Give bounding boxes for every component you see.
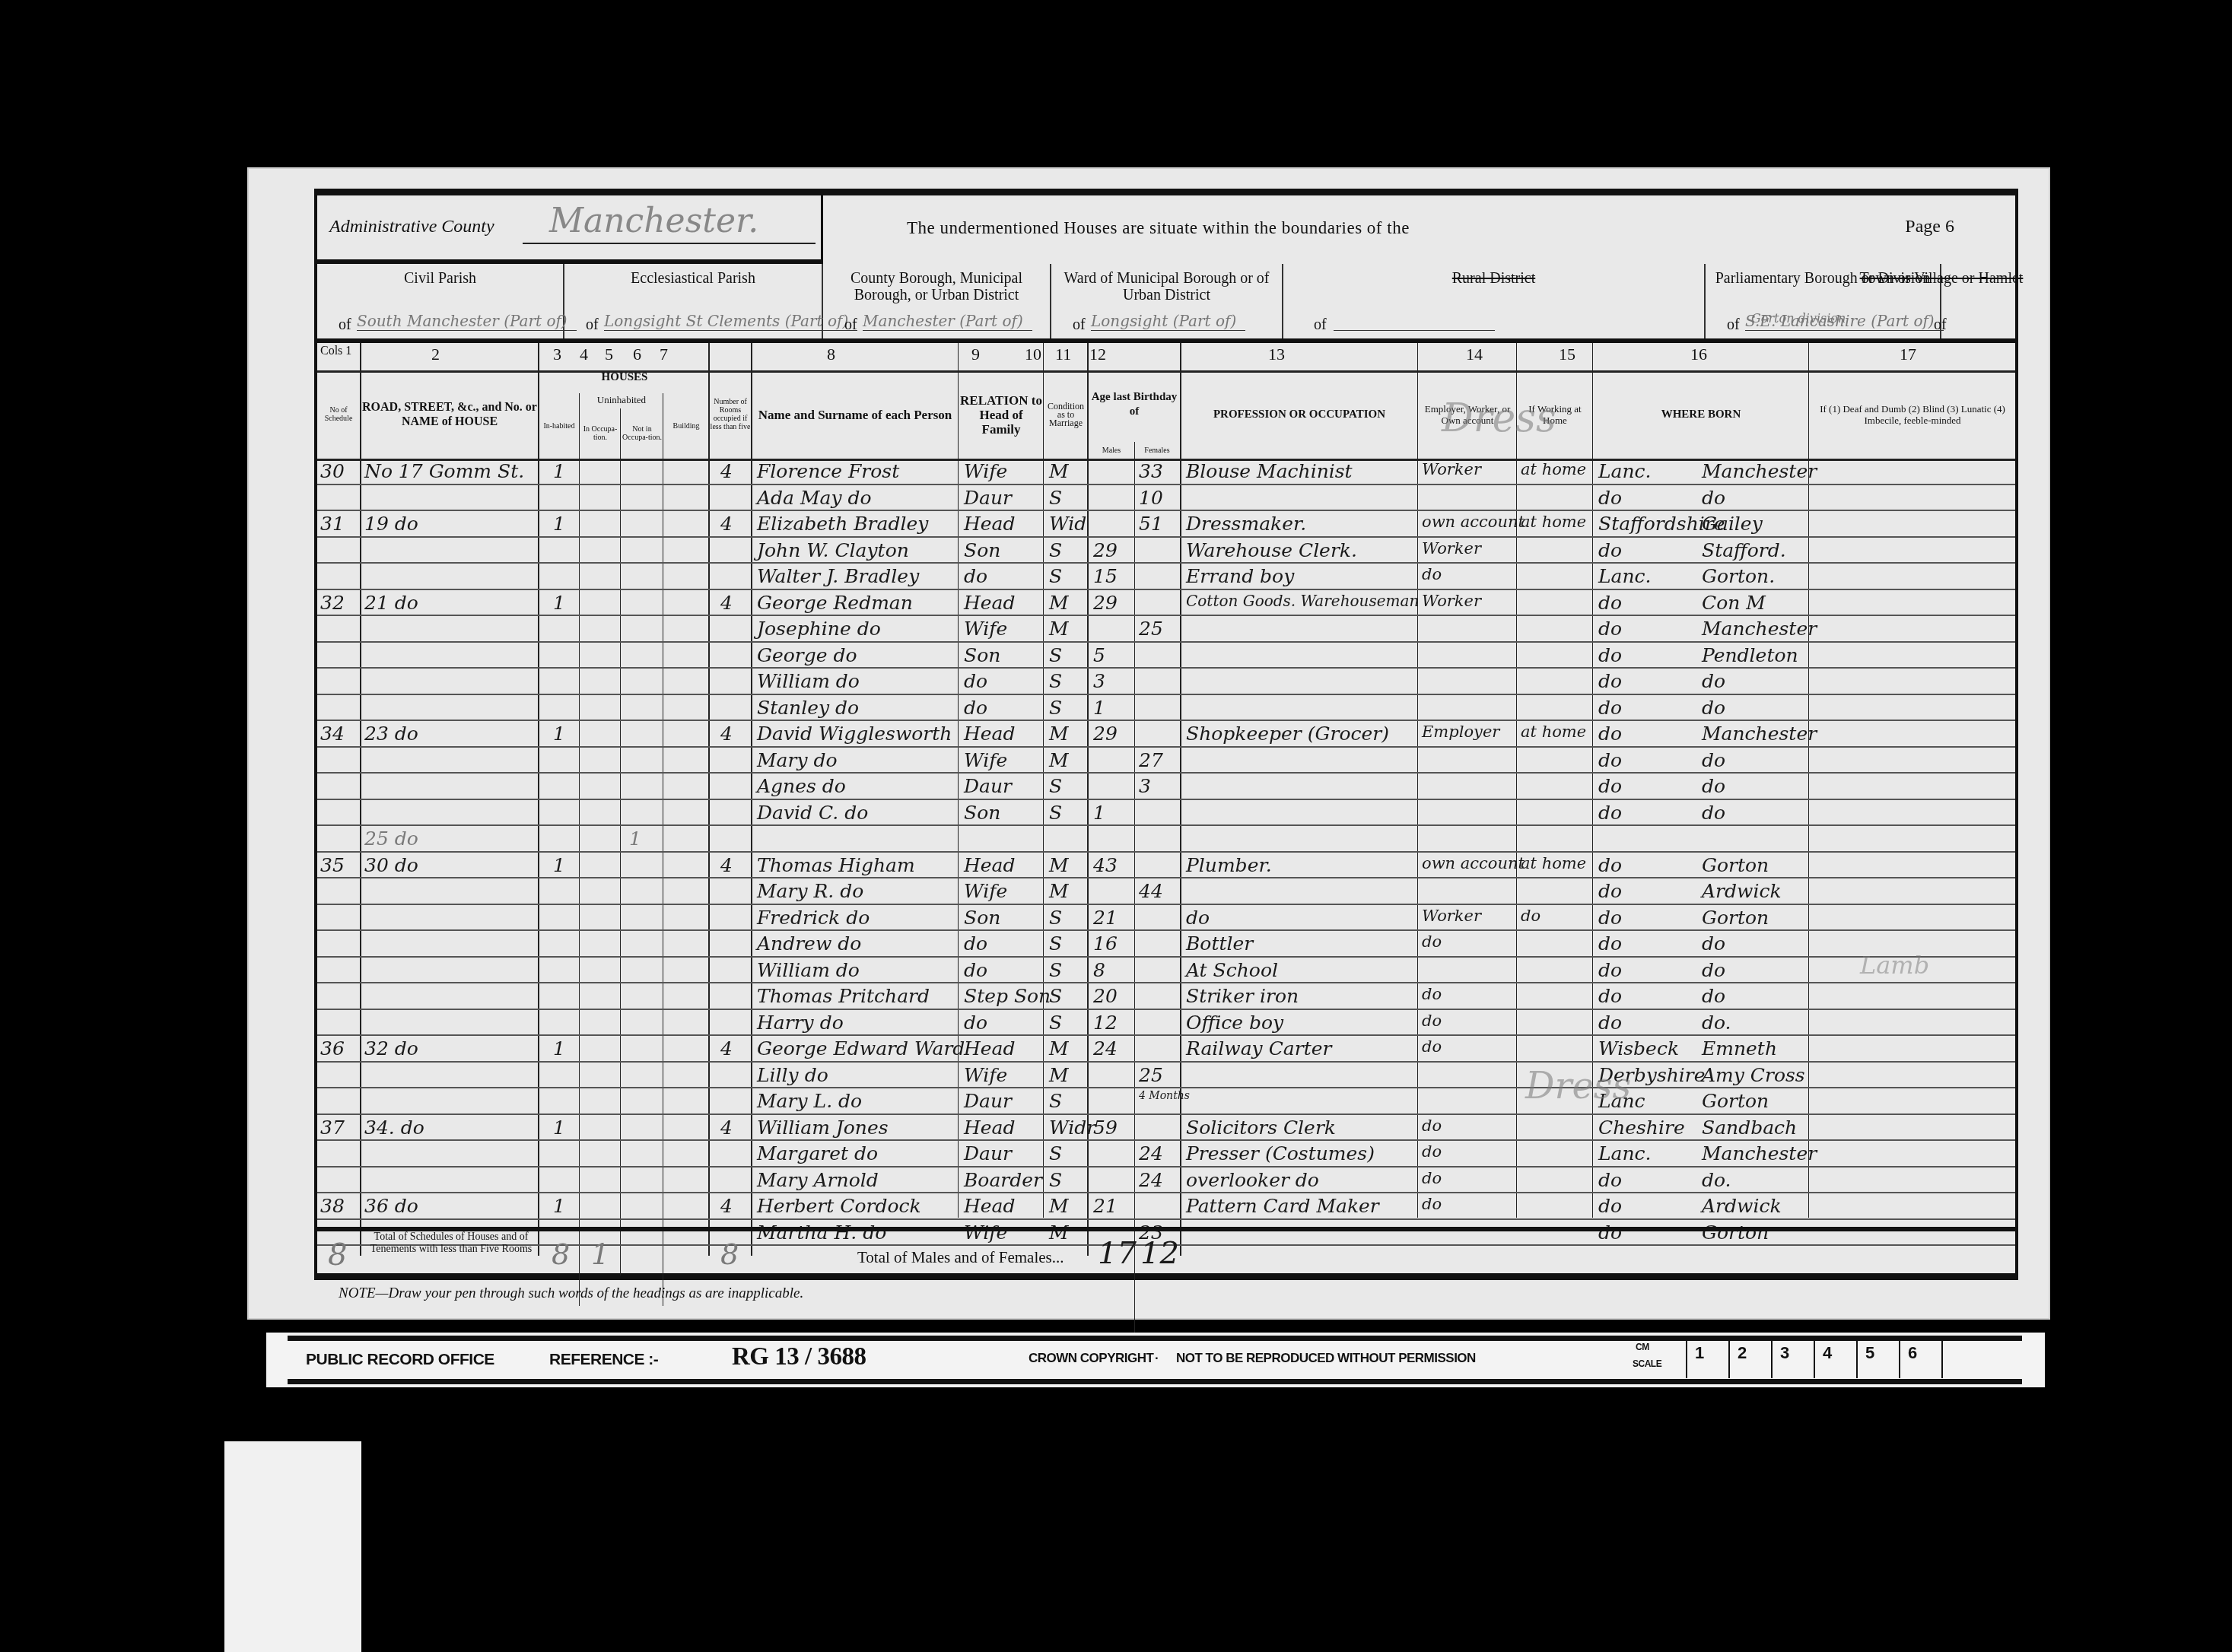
cell-schedule: 34 (320, 723, 345, 745)
cell-born-place: do (1702, 749, 1725, 771)
cell-schedule: 36 (320, 1037, 345, 1060)
cell-name: Thomas Pritchard (757, 985, 930, 1007)
cell-condition: S (1049, 670, 1062, 692)
header-infirmity: If (1) Deaf and Dumb (2) Blind (3) Lunat… (1810, 370, 2015, 459)
intro-text: The undermentioned Houses are situate wi… (907, 218, 1410, 238)
cell-born-county: do (1598, 670, 1622, 692)
col-number: 7 (660, 345, 668, 364)
cell-road: 21 do (364, 592, 418, 614)
header-occupation: PROFESSION OR OCCUPATION (1181, 370, 1417, 459)
table-row: Stanley dodoS1dodo (317, 695, 2015, 722)
cell-relation: do (964, 1012, 987, 1034)
cell-relation: Wife (964, 1222, 1007, 1244)
cell-condition: S (1049, 775, 1062, 797)
table-row: 30No 17 Gomm St.14Florence FrostWifeM33B… (317, 459, 2015, 485)
total-females: 12 (1140, 1236, 1179, 1271)
cell-occupation: Pattern Card Maker (1186, 1195, 1379, 1217)
cell-born-place: Ardwick (1702, 1195, 1782, 1217)
administrative-county-value: Manchester. (549, 202, 758, 240)
table-row: 25 do1 (317, 826, 2015, 853)
area-label: Town or Village or Hamlet (1843, 270, 2040, 287)
cell-relation: do (964, 932, 987, 955)
area-of: of (1314, 316, 1327, 334)
cell-male-age: 15 (1093, 565, 1118, 587)
cell-name: Mary Arnold (757, 1169, 879, 1191)
cell-road: 30 do (364, 854, 418, 876)
cell-born-place: do (1702, 932, 1725, 955)
cell-condition: S (1049, 539, 1062, 561)
table-row: 3632 do14George Edward WardHeadM24Railwa… (317, 1036, 2015, 1063)
cell-employer: Worker (1422, 539, 1481, 558)
cell-relation: Wife (964, 880, 1007, 902)
cell-born-county: do (1598, 487, 1622, 509)
col-number: 17 (1900, 345, 1916, 364)
cell-name: Mary R. do (757, 880, 863, 902)
col-number: 15 (1559, 345, 1575, 364)
area-value: S.E. Lancashire (Part of) (1745, 312, 1944, 331)
table-row: 3530 do14Thomas HighamHeadM43Plumber.own… (317, 853, 2015, 879)
cell-male-age: 8 (1093, 959, 1105, 981)
cell-born-county: do (1598, 618, 1622, 640)
cell-name: William do (757, 959, 860, 981)
cell-at-home: at home (1521, 460, 1586, 478)
permission-notice: NOT TO BE REPRODUCED WITHOUT PERMISSION (1176, 1351, 1476, 1366)
cell-rooms: 4 (720, 513, 733, 535)
separator: · (1155, 1351, 1159, 1366)
cell-at-home: at home (1521, 854, 1586, 872)
cell-inhabited: 1 (553, 1195, 565, 1217)
cell-schedule: 37 (320, 1117, 345, 1139)
scale-tick: 6 (1899, 1340, 1940, 1378)
cell-male-age: 1 (1093, 697, 1105, 719)
cell-occupation: Warehouse Clerk. (1186, 539, 1357, 561)
cell-employer: do (1422, 932, 1442, 951)
cell-born-county: do (1598, 985, 1622, 1007)
cell-condition: M (1049, 460, 1069, 482)
cell-born-county: do (1598, 932, 1622, 955)
cell-condition: M (1049, 749, 1069, 771)
cell-road: 32 do (364, 1037, 418, 1060)
col-number: 9 (971, 345, 980, 364)
cell-rooms: 4 (720, 723, 733, 745)
header-where-born: WHERE BORN (1594, 370, 1808, 459)
cell-born-county: Lanc. (1598, 460, 1652, 482)
col-number: Cols 1 (320, 345, 351, 358)
cell-condition: S (1049, 1012, 1062, 1034)
cell-female-age: 51 (1139, 513, 1163, 535)
table-row: Mary R. doWifeM44doArdwick (317, 878, 2015, 905)
cell-name: Fredrick do (757, 907, 870, 929)
cell-rooms: 4 (720, 460, 733, 482)
cell-born-place: do. (1702, 1169, 1731, 1191)
cell-employer: own account (1422, 854, 1525, 872)
column-numbers-row: Cols 1 2 3 4 5 6 7 8 9 10 11 12 13 14 15… (317, 343, 2015, 373)
cell-female-age: 27 (1139, 749, 1163, 771)
scale-tick: 5 (1856, 1340, 1897, 1378)
cell-name: Lilly do (757, 1064, 828, 1086)
cell-relation: Daur (964, 1090, 1012, 1112)
cell-employer: own account (1422, 513, 1525, 531)
cell-name: Agnes do (757, 775, 846, 797)
cell-occupation: Dressmaker. (1186, 513, 1306, 535)
cell-occupation: Solicitors Clerk (1186, 1117, 1336, 1139)
cell-occupation: overlooker do (1186, 1169, 1319, 1191)
cell-road: 36 do (364, 1195, 418, 1217)
cell-male-age: 29 (1093, 723, 1118, 745)
cell-born-place: Manchester (1702, 1142, 1817, 1164)
cell-born-place: Gorton (1702, 1090, 1769, 1112)
cell-name: Stanley do (757, 697, 859, 719)
col-number: 10 (1025, 345, 1041, 364)
cell-born-place: Pendleton (1702, 644, 1798, 666)
cell-employer: Worker (1422, 592, 1481, 610)
total-males-females-label: Total of Males and of Females... (857, 1248, 1064, 1267)
cell-condition: S (1049, 697, 1062, 719)
cell-at-home: do (1521, 907, 1540, 925)
cell-employer: do (1422, 1117, 1442, 1135)
cell-male-age: 59 (1093, 1117, 1118, 1139)
cell-name: Andrew do (757, 932, 861, 955)
col-number: 3 (553, 345, 561, 364)
cell-occupation: do (1186, 907, 1210, 929)
reference-number: RG 13 / 3688 (732, 1343, 866, 1371)
cell-employer: do (1422, 1012, 1442, 1030)
cell-name: Florence Frost (757, 460, 899, 482)
cell-schedule: 32 (320, 592, 345, 614)
table-row: William dodoS8At Schooldodo (317, 958, 2015, 984)
cell-relation: do (964, 959, 987, 981)
cell-condition: M (1049, 592, 1069, 614)
table-row: Agnes doDaurS3dodo (317, 774, 2015, 800)
cell-employer: do (1422, 1142, 1442, 1161)
totals-label: Total of Schedules of Houses and of Tene… (367, 1231, 535, 1256)
cell-relation: Daur (964, 487, 1012, 509)
cell-employer: do (1422, 985, 1442, 1003)
total-males: 17 (1098, 1236, 1137, 1271)
pencil-annotation: Dress (1525, 1065, 1631, 1107)
cell-born-county: do (1598, 880, 1622, 902)
table-row: Margaret doDaurS24Presser (Costumes)doLa… (317, 1141, 2015, 1168)
col-number: 8 (827, 345, 835, 364)
cell-condition: Wid (1049, 513, 1086, 535)
header-not-in-occupation: Not in Occupa-tion. (622, 408, 663, 459)
header-males: Males (1089, 442, 1134, 459)
area-civil-parish: Civil Parish of South Manchester (Part o… (317, 264, 564, 338)
area-of: of (1073, 316, 1086, 334)
pencil-annotation: Dress (1442, 396, 1556, 441)
cell-condition: S (1049, 932, 1062, 955)
cell-relation: Head (964, 1195, 1016, 1217)
pencil-annotation: Lamb (1860, 951, 1929, 980)
cell-condition: M (1049, 618, 1069, 640)
header-in-occupation: In Occupa-tion. (580, 408, 620, 459)
area-value: Longsight St Clements (Part of) (604, 312, 857, 331)
underline (523, 243, 816, 244)
cell-name: Martha H. do (757, 1222, 886, 1244)
column-headers: No of Schedule ROAD, STREET, &c., and No… (317, 370, 2015, 461)
cell-born-place: Gorton. (1702, 565, 1775, 587)
area-rural-district: Rural District of (1283, 264, 1706, 338)
cell-occupation: Presser (Costumes) (1186, 1142, 1375, 1164)
area-value: Longsight (Part of) (1091, 312, 1245, 331)
table-row: Walter J. BradleydoS15Errand boydoLanc.G… (317, 564, 2015, 590)
cell-name: Harry do (757, 1012, 844, 1034)
area-value: South Manchester (Part of) (357, 312, 577, 331)
cell-relation: Head (964, 854, 1016, 876)
cell-occupation: Shopkeeper (Grocer) (1186, 723, 1389, 745)
header-building: Building (664, 393, 708, 459)
cell-born-county: do (1598, 723, 1622, 745)
table-row: Lilly doWifeM25DerbyshireAmy Cross (317, 1063, 2015, 1089)
cell-female-age: 25 (1139, 618, 1163, 640)
scale-tick: 1 (1686, 1340, 1727, 1378)
cell-relation: Head (964, 592, 1016, 614)
table-row: 3423 do14David WigglesworthHeadM29Shopke… (317, 721, 2015, 748)
cell-relation: Son (964, 802, 1000, 824)
area-town-village: Town or Village or Hamlet of (1941, 264, 2018, 338)
cell-relation: Head (964, 723, 1016, 745)
cell-occupation: Railway Carter (1186, 1037, 1331, 1060)
table-row: Mary L. doDaurS4 MonthsLancGorton (317, 1088, 2015, 1115)
cell-condition: M (1049, 880, 1069, 902)
cell-condition: S (1049, 487, 1062, 509)
table-row: John W. ClaytonSonS29Warehouse Clerk.Wor… (317, 538, 2015, 564)
scale-tick: 2 (1728, 1340, 1769, 1378)
cell-relation: Wife (964, 618, 1007, 640)
page-label: Page (1905, 217, 1941, 237)
header-inhabited: In-habited (539, 393, 579, 459)
cell-occupation: Striker iron (1186, 985, 1299, 1007)
cell-condition: S (1049, 802, 1062, 824)
area-label: Rural District (1283, 270, 1704, 287)
cell-relation: Son (964, 907, 1000, 929)
cell-born-place: do. (1702, 1012, 1731, 1034)
area-of: of (339, 316, 351, 334)
table-row: 3734. do14William JonesHeadWidr59Solicit… (317, 1115, 2015, 1142)
cell-inhabited: 1 (553, 460, 565, 482)
cell-condition: M (1049, 1037, 1069, 1060)
cell-male-age: 21 (1093, 1195, 1118, 1217)
total-inhabited: 8 (552, 1237, 570, 1271)
cell-born-place: Gorton (1702, 1222, 1769, 1244)
area-of: of (586, 316, 599, 334)
cell-born-county: do (1598, 775, 1622, 797)
area-ecclesiastical-parish: Ecclesiastical Parish of Longsight St Cl… (564, 264, 823, 338)
cell-schedule: 31 (320, 513, 345, 535)
cell-name: John W. Clayton (757, 539, 909, 561)
area-label: Ecclesiastical Parish (564, 270, 822, 287)
cell-inhabited: 1 (553, 723, 565, 745)
census-form-frame: Administrative County Manchester. The un… (314, 189, 2018, 1280)
cell-name: Mary L. do (757, 1090, 862, 1112)
cell-born-place: Manchester (1702, 723, 1817, 745)
cell-female-age: 24 (1139, 1169, 1163, 1191)
area-label: County Borough, Municipal Borough, or Ur… (823, 270, 1050, 303)
cell-condition: M (1049, 723, 1069, 745)
area-ward: Ward of Municipal Borough or of Urban Di… (1051, 264, 1283, 338)
cell-occupation: At School (1186, 959, 1278, 981)
cell-born-county: Cheshire (1598, 1117, 1685, 1139)
cell-road: 23 do (364, 723, 418, 745)
total-schedules: 8 (328, 1237, 347, 1272)
scale-tick (1941, 1340, 2002, 1378)
cell-born-place: Gailey (1702, 513, 1763, 535)
cell-condition: S (1049, 985, 1062, 1007)
header-age: Age last Birthday of (1089, 370, 1180, 439)
scale-label: SCALE (1633, 1358, 1661, 1369)
cell-born-place: Ardwick (1702, 880, 1782, 902)
table-row: Fredrick doSonS21doWorkerdodoGorton (317, 905, 2015, 932)
cell-female-age: 25 (1139, 1064, 1163, 1086)
cell-born-county: do (1598, 539, 1622, 561)
col-number: 16 (1690, 345, 1707, 364)
cell-name: Margaret do (757, 1142, 878, 1164)
cell-occupation: Office boy (1186, 1012, 1283, 1034)
census-page: Administrative County Manchester. The un… (247, 167, 2050, 1320)
cell-born-place: Emneth (1702, 1037, 1777, 1060)
cell-schedule: 38 (320, 1195, 345, 1217)
table-row: Josephine doWifeM25doManchester (317, 616, 2015, 643)
cell-relation: do (964, 697, 987, 719)
table-row: 3221 do14George RedmanHeadM29Cotton Good… (317, 590, 2015, 617)
cell-relation: Son (964, 644, 1000, 666)
cell-name: Ada May do (757, 487, 872, 509)
cell-name: George Edward Ward (757, 1037, 965, 1060)
cell-born-county: do (1598, 802, 1622, 824)
cell-condition: S (1049, 565, 1062, 587)
cell-relation: Head (964, 1037, 1016, 1060)
cell-name: Mary do (757, 749, 838, 771)
cell-born-county: do (1598, 1222, 1622, 1244)
cell-male-age: 24 (1093, 1037, 1118, 1060)
header-name: Name and Surname of each Person (752, 370, 958, 459)
reference-label: REFERENCE :- (549, 1351, 658, 1369)
table-row: 3119 do14Elizabeth BradleyHeadWid51Dress… (317, 511, 2015, 538)
cell-inhabited: 1 (553, 1117, 565, 1139)
blank-card (224, 1441, 361, 1652)
header-road: ROAD, STREET, &c., and No. or NAME of HO… (361, 370, 538, 459)
table-row: George doSonS5doPendleton (317, 643, 2015, 669)
table-row: Mary doWifeM27dodo (317, 748, 2015, 774)
cell-born-county: do (1598, 1012, 1622, 1034)
page-number: Page 6 (1905, 217, 1954, 237)
table-row: David C. doSonS1dodo (317, 800, 2015, 827)
cell-road: 25 do (364, 828, 418, 850)
area-row: Civil Parish of South Manchester (Part o… (317, 264, 2015, 343)
footer-bar (288, 1379, 2022, 1384)
administrative-county-box: Administrative County Manchester. (317, 195, 823, 264)
cell-uninhabited-not-occ: 1 (629, 828, 641, 850)
cell-female-age: 44 (1139, 880, 1163, 902)
cell-born-place: do (1702, 775, 1725, 797)
cell-name: Elizabeth Bradley (757, 513, 928, 535)
cell-male-age: 21 (1093, 907, 1118, 929)
cell-born-county: Lanc. (1598, 1142, 1652, 1164)
cell-female-age: 3 (1139, 775, 1151, 797)
cell-name: Herbert Cordock (757, 1195, 921, 1217)
cell-rooms: 4 (720, 1195, 733, 1217)
area-label: Civil Parish (317, 270, 563, 287)
cell-relation: Head (964, 1117, 1016, 1139)
cell-occupation: Cotton Goods. Warehouseman (1186, 592, 1419, 610)
cell-born-place: Con M (1702, 592, 1766, 614)
cell-born-place: Stafford. (1702, 539, 1786, 561)
cell-condition: M (1049, 1064, 1069, 1086)
area-county-borough: County Borough, Municipal Borough, or Ur… (823, 264, 1051, 338)
cell-relation: Daur (964, 775, 1012, 797)
area-value (1334, 330, 1495, 331)
header-schedule: No of Schedule (317, 370, 360, 459)
cell-at-home: at home (1521, 723, 1586, 741)
col-number: 11 (1055, 345, 1071, 364)
cell-rooms: 4 (720, 1037, 733, 1060)
cell-born-place: do (1702, 985, 1725, 1007)
cell-male-age: 1 (1093, 802, 1105, 824)
cell-rooms: 4 (720, 854, 733, 876)
header-houses: HOUSES (539, 370, 710, 392)
cell-condition: M (1049, 854, 1069, 876)
cell-relation: Wife (964, 460, 1007, 482)
header-uninhabited: Uninhabited (580, 390, 663, 408)
cell-name: Thomas Higham (757, 854, 915, 876)
header-females: Females (1134, 442, 1180, 459)
cell-occupation: Blouse Machinist (1186, 460, 1353, 482)
record-office: PUBLIC RECORD OFFICE (306, 1351, 494, 1369)
cell-born-county: do (1598, 1169, 1622, 1191)
cell-relation: Wife (964, 1064, 1007, 1086)
table-row: William dodoS3dodo (317, 669, 2015, 695)
cell-relation: Step Son (964, 985, 1051, 1007)
cell-inhabited: 1 (553, 1037, 565, 1060)
cell-female-age: 24 (1139, 1142, 1163, 1164)
table-row: Mary ArnoldBoarderS24overlooker dodododo… (317, 1168, 2015, 1194)
scale-tick: 3 (1771, 1340, 1812, 1378)
header-rooms: Number of Rooms occupied if less than fi… (710, 370, 751, 459)
cell-born-place: Manchester (1702, 618, 1817, 640)
cell-condition: S (1049, 1169, 1062, 1191)
area-label: Ward of Municipal Borough or of Urban Di… (1051, 270, 1282, 303)
archive-footer: PUBLIC RECORD OFFICE REFERENCE :- RG 13 … (266, 1333, 2045, 1387)
cell-rooms: 4 (720, 1117, 733, 1139)
cell-road: 34. do (364, 1117, 424, 1139)
cell-born-place: Gorton (1702, 907, 1769, 929)
cell-employer: Worker (1422, 907, 1481, 925)
cell-relation: Wife (964, 749, 1007, 771)
cell-name: William do (757, 670, 860, 692)
cell-born-place: do (1702, 802, 1725, 824)
cell-male-age: 16 (1093, 932, 1118, 955)
cell-born-county: do (1598, 697, 1622, 719)
cell-condition: M (1049, 1222, 1069, 1244)
cell-at-home: at home (1521, 513, 1586, 531)
scale-label: CM (1636, 1342, 1649, 1352)
total-rooms: 8 (720, 1237, 739, 1271)
cell-born-county: do (1598, 854, 1622, 876)
cell-condition: Widr (1049, 1117, 1095, 1139)
cell-relation: Head (964, 513, 1016, 535)
cell-born-place: Sandbach (1702, 1117, 1797, 1139)
cell-employer: Worker (1422, 460, 1481, 478)
cell-male-age: 43 (1093, 854, 1118, 876)
cell-inhabited: 1 (553, 592, 565, 614)
cell-born-county: do (1598, 749, 1622, 771)
cell-employer: Employer (1422, 723, 1499, 741)
cell-name: David Wigglesworth (757, 723, 952, 745)
cell-born-place: do (1702, 959, 1725, 981)
area-of: of (844, 316, 857, 334)
header-relation: RELATION to Head of Family (959, 370, 1043, 459)
cell-name: George Redman (757, 592, 913, 614)
